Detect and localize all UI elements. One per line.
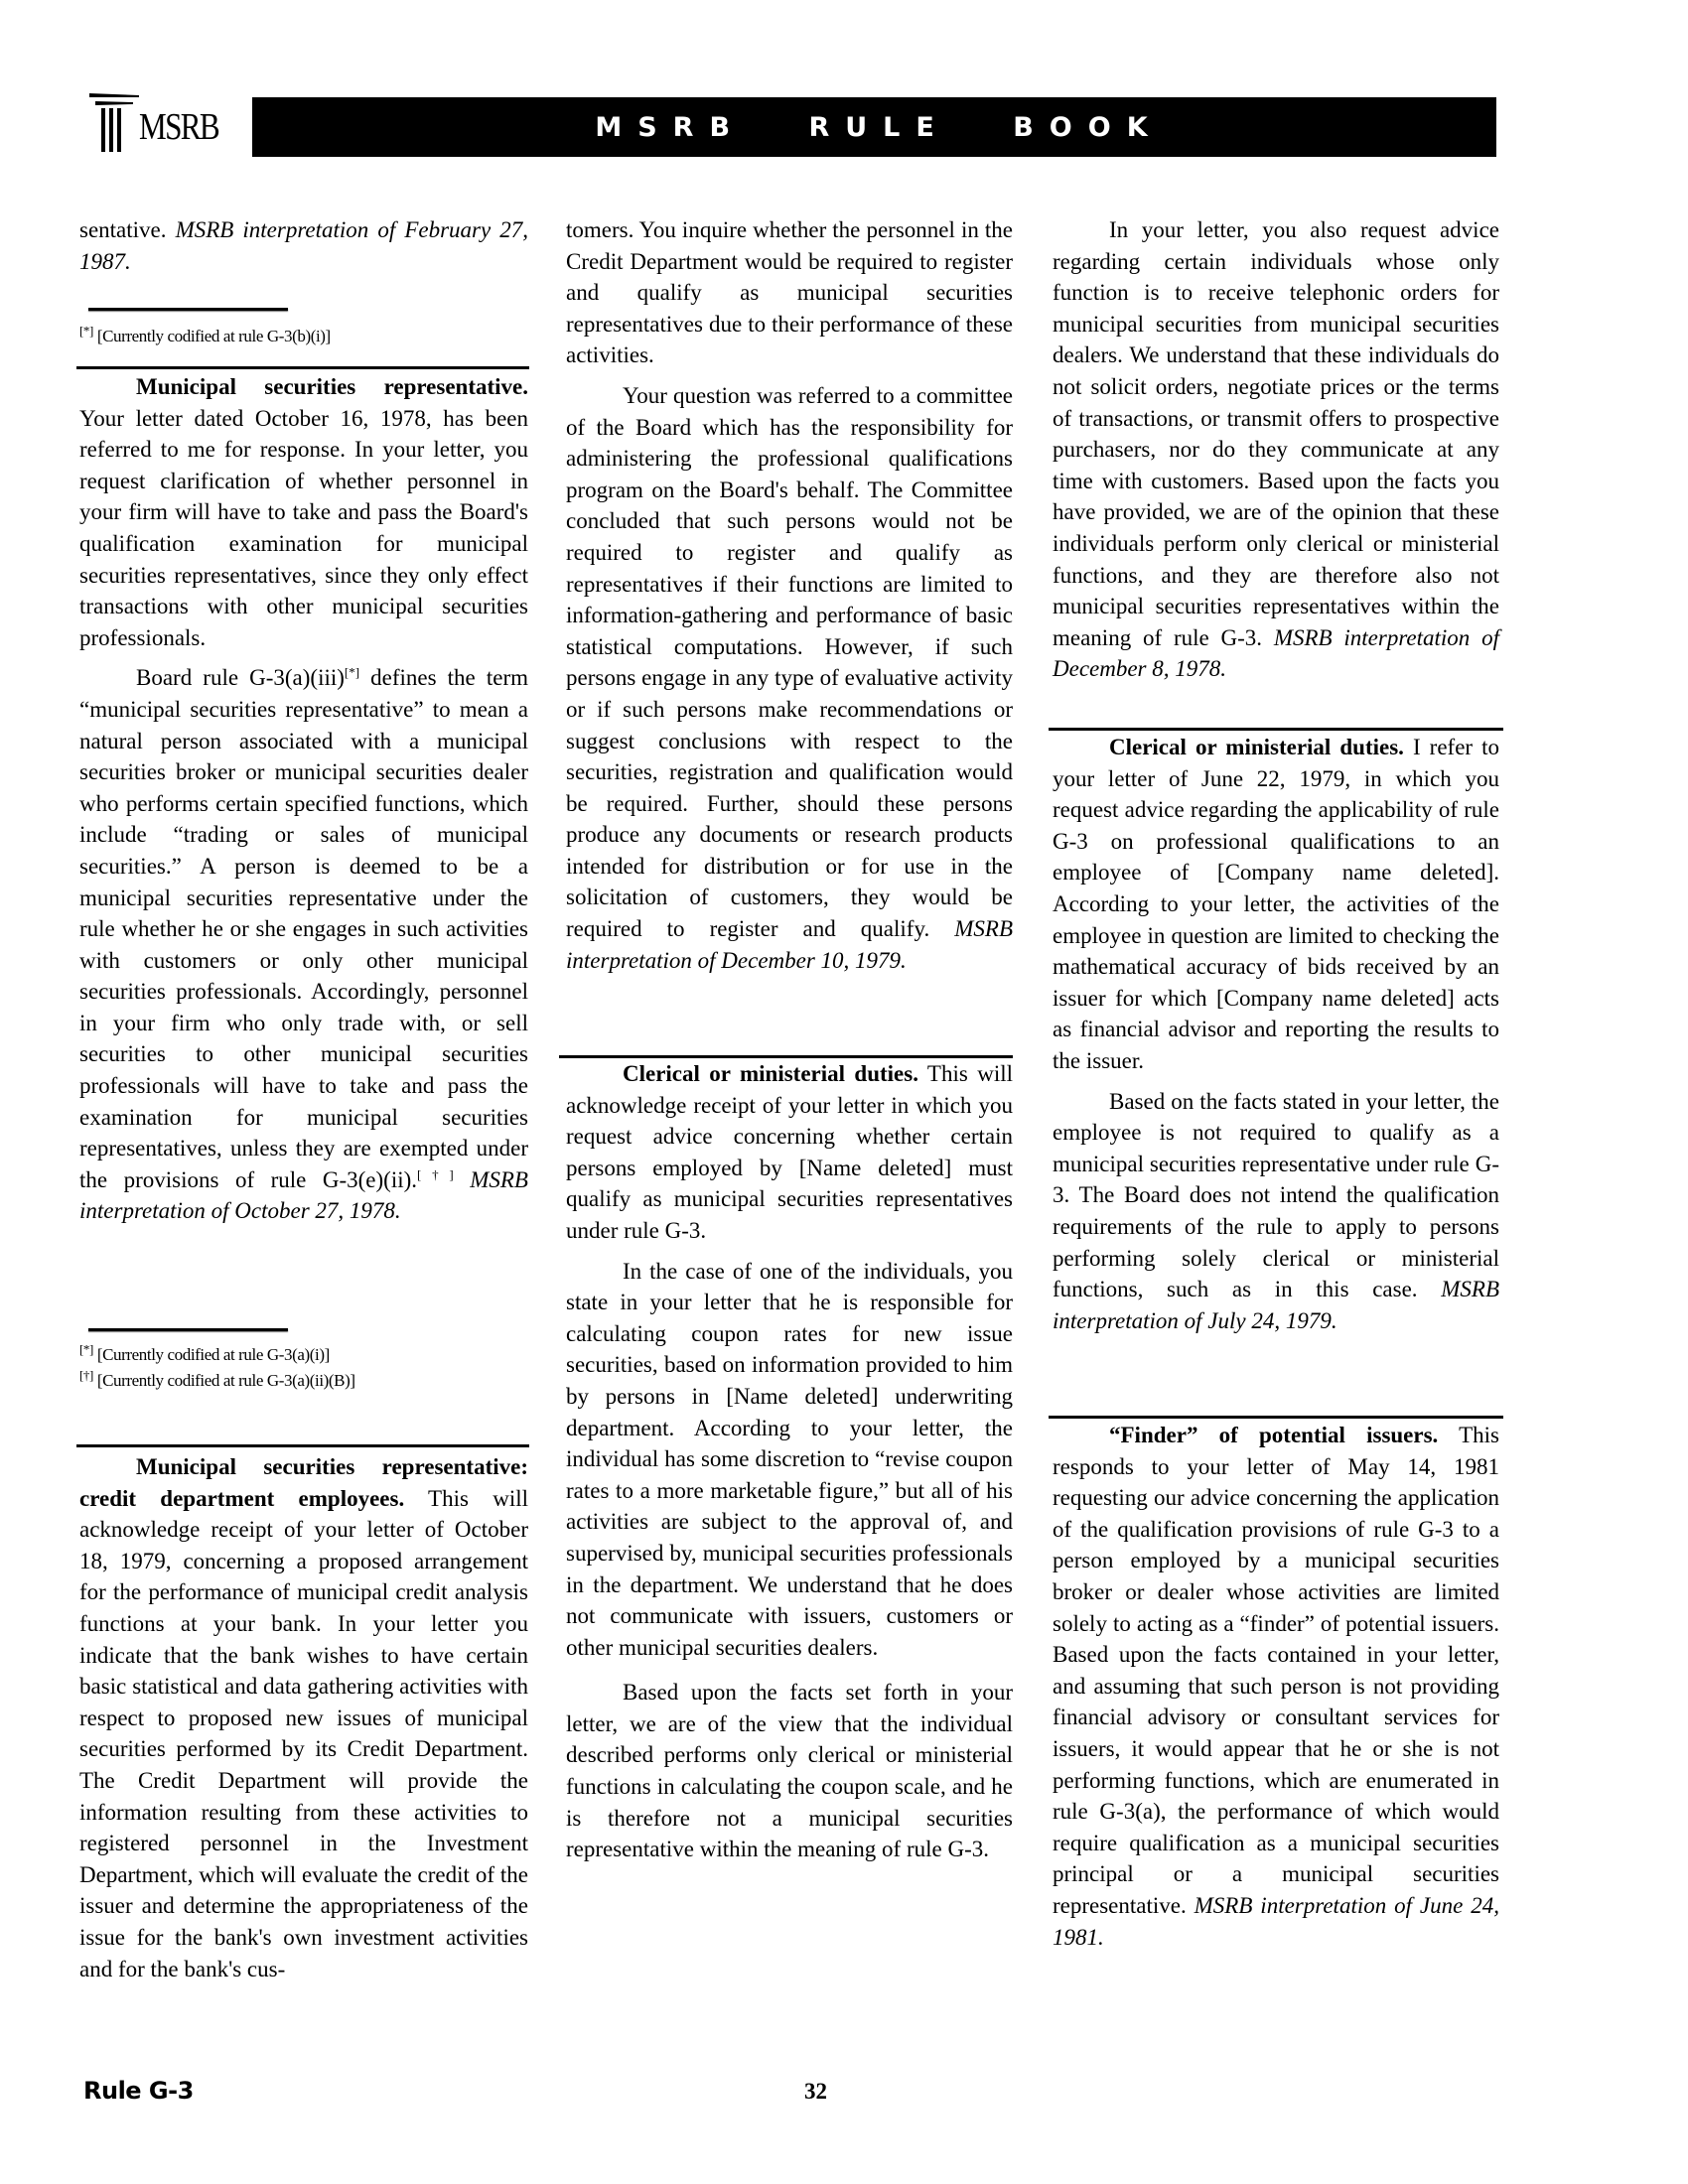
footnote-divider xyxy=(88,308,288,311)
section-heading: Municipal securities representative. xyxy=(136,374,528,399)
footnote-ref: [*] xyxy=(345,665,359,680)
column-2: tomers. You inquire whether the personne… xyxy=(566,214,1013,976)
section-paragraph: Board rule G-3(a)(iii)[*] defines the te… xyxy=(79,662,528,1227)
section-divider xyxy=(76,1444,529,1447)
msrb-logo: MSRB xyxy=(87,91,236,157)
page-title: MSRB RULE BOOK xyxy=(585,112,1163,143)
section-paragraph: Based upon the facts set forth in your l… xyxy=(566,1677,1013,1865)
section-divider xyxy=(1049,728,1503,731)
continued-paragraph: sentative. MSRB interpretation of Februa… xyxy=(79,214,528,277)
section-divider xyxy=(1049,1416,1503,1419)
footnote: [*] [Currently codified at rule G-3(b)(i… xyxy=(79,324,331,349)
column-3: In your letter, you also request advice … xyxy=(1053,214,1499,685)
pillar-icon xyxy=(87,91,139,157)
section-paragraph: In the case of one of the individuals, y… xyxy=(566,1256,1013,1664)
section-paragraph: Clerical or ministerial duties. I refer … xyxy=(1053,732,1499,1077)
footnote-marker: [†] xyxy=(79,1367,93,1382)
footnote: [†] [Currently codified at rule G-3(a)(i… xyxy=(79,1368,355,1394)
page-number: 32 xyxy=(804,2079,827,2105)
section-paragraph: Based on the facts stated in your letter… xyxy=(1053,1086,1499,1337)
section-clerical-duties-2: Clerical or ministerial duties. I refer … xyxy=(1053,732,1499,1336)
footnote-divider xyxy=(88,1328,288,1331)
continued-paragraph: tomers. You inquire whether the personne… xyxy=(566,214,1013,371)
section-paragraph: Clerical or ministerial duties. This wil… xyxy=(566,1058,1013,1247)
section-heading: “Finder” of potential issuers. xyxy=(1109,1423,1438,1447)
footnote: [*] [Currently codified at rule G-3(a)(i… xyxy=(79,1342,330,1368)
section-paragraph: “Finder” of potential issuers. This resp… xyxy=(1053,1420,1499,1953)
section-paragraph: In your letter, you also request advice … xyxy=(1053,214,1499,685)
section-paragraph: Municipal securities representative: cre… xyxy=(79,1451,528,1984)
section-credit-department-employees: Municipal securities representative: cre… xyxy=(79,1451,528,1984)
section-divider xyxy=(76,366,529,369)
section-heading: Clerical or ministerial duties. xyxy=(1109,735,1404,759)
section-paragraph: Your question was referred to a committe… xyxy=(566,380,1013,976)
footnote-marker: [*] xyxy=(79,323,93,338)
section-clerical-duties-1: Clerical or ministerial duties. This wil… xyxy=(566,1058,1013,1865)
column-1: sentative. MSRB interpretation of Februa… xyxy=(79,214,528,277)
section-finder-of-potential-issuers: “Finder” of potential issuers. This resp… xyxy=(1053,1420,1499,1953)
section-heading: Clerical or ministerial duties. xyxy=(623,1061,918,1086)
header-banner: MSRB RULE BOOK xyxy=(252,97,1496,157)
footnote-ref: [†] xyxy=(417,1166,454,1181)
footer-rule-label: Rule G-3 xyxy=(83,2077,194,2105)
section-paragraph: Municipal securities representative. You… xyxy=(79,371,528,653)
logo-text: MSRB xyxy=(139,105,218,149)
footnote-marker: [*] xyxy=(79,1341,93,1356)
section-municipal-securities-representative: Municipal securities representative. You… xyxy=(79,371,528,1227)
